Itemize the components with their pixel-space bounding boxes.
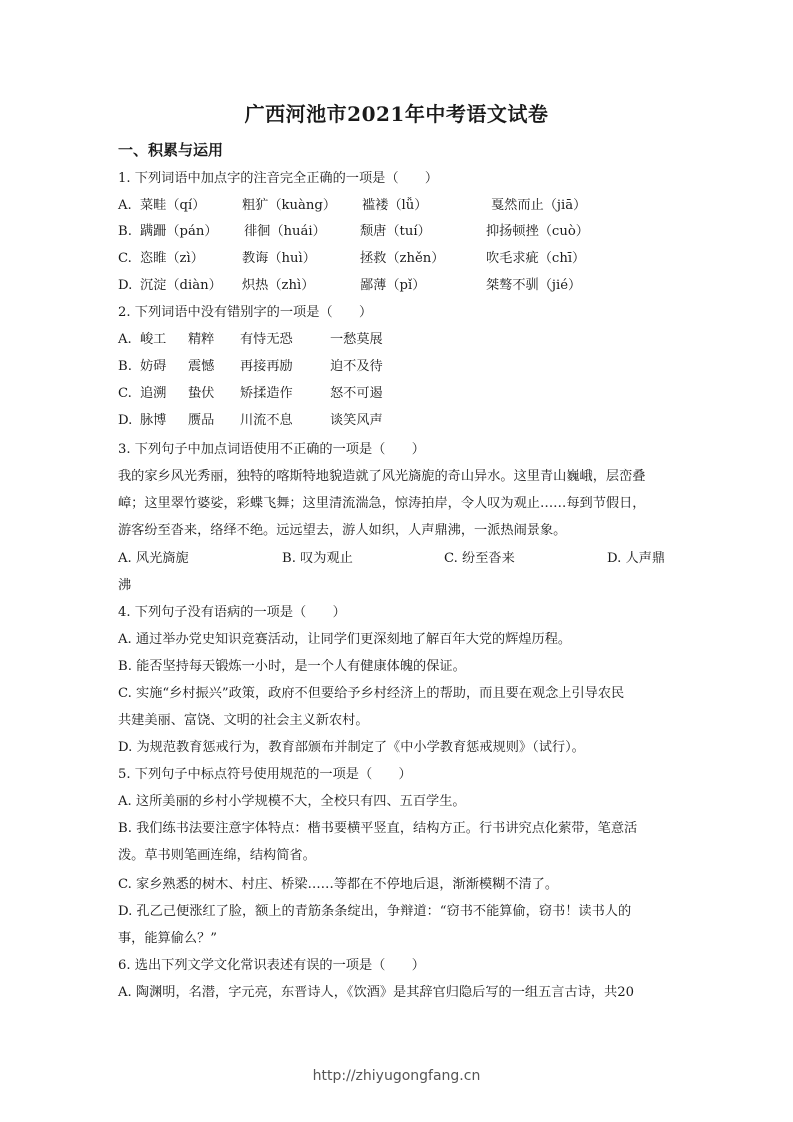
question-1-stem: 1. 下列词语中加点字的注音完全正确的一项是（ ） (118, 169, 438, 189)
q5-option-a: A. 这所美丽的乡村小学规模不大，全校只有四、五百学生。 (118, 792, 466, 812)
q4-option-b: B. 能否坚持每天锻炼一小时，是一个人有健康体魄的保证。 (118, 657, 466, 677)
question-2-stem: 2. 下列词语中没有错别字的一项是（ ） (118, 303, 372, 323)
question-6-stem: 6. 选出下列文学文化常识表述有误的一项是（ ） (118, 956, 425, 976)
q3-option-c: C. 纷至沓来 (444, 549, 515, 569)
q4-option-a: A. 通过举办党史知识竞赛活动，让同学们更深刻地了解百年大党的辉煌历程。 (118, 630, 571, 650)
q5-option-d-cont: 事，能算偷么？” (118, 929, 217, 949)
q3-option-b: B. 叹为观止 (282, 549, 353, 569)
q3-option-d: D. 人声鼎 (607, 549, 665, 569)
question-4-stem: 4. 下列句子没有语病的一项是（ ） (118, 603, 346, 623)
exam-page: 广西河池市2021年中考语文试卷 一、积累与运用 1. 下列词语中加点字的注音完… (0, 0, 793, 1122)
q4-option-c-cont: 共建美丽、富饶、文明的社会主义新农村。 (118, 711, 369, 731)
q3-passage-line: 游客纷至沓来，络绎不绝。远远望去，游人如织，人声鼎沸，一派热闹景象。 (118, 521, 566, 541)
q4-option-c: C. 实施“乡村振兴”政策，政府不但要给予乡村经济上的帮助，而且要在观念上引导农… (118, 684, 624, 704)
question-5-stem: 5. 下列句子中标点符号使用规范的一项是（ ） (118, 765, 412, 785)
q3-passage-line: 嶂；这里翠竹婆娑，彩蝶飞舞；这里清流湍急，惊涛拍岸，令人叹为观止……每到节假日， (118, 494, 646, 514)
q5-option-b-cont: 泼。草书则笔画连绵，结构简省。 (118, 846, 316, 866)
q3-option-a: A. 风光旖旎 (118, 549, 189, 569)
q3-passage-line: 我的家乡风光秀丽，独特的喀斯特地貌造就了风光旖旎的奇山异水。这里青山巍峨，层峦叠 (118, 467, 646, 487)
q5-option-d: D. 孔乙己便涨红了脸，额上的青筋条条绽出，争辩道：“窃书不能算偷，窃书！读书人… (118, 902, 631, 922)
section-heading: 一、积累与运用 (118, 139, 223, 160)
q6-option-a: A. 陶渊明，名潜，字元亮，东晋诗人，《饮酒》是其辞官归隐后写的一组五言古诗，共… (118, 983, 634, 1003)
footer-url: http://zhiyugongfang.cn (0, 1068, 793, 1084)
question-3-stem: 3. 下列句子中加点词语使用不正确的一项是（ ） (118, 440, 425, 460)
q5-option-b: B. 我们练书法要注意字体特点：楷书要横平竖直，结构方正。行书讲究点化萦带，笔意… (118, 819, 637, 839)
page-title: 广西河池市2021年中考语文试卷 (0, 98, 793, 127)
q4-option-d: D. 为规范教育惩戒行为，教育部颁布并制定了《中小学教育惩戒规则》（试行）。 (118, 738, 585, 758)
q5-option-c: C. 家乡熟悉的树木、村庄、桥梁……等都在不停地后退，渐渐模糊不清了。 (118, 875, 558, 895)
q3-option-d-wrap: 沸 (118, 576, 131, 596)
